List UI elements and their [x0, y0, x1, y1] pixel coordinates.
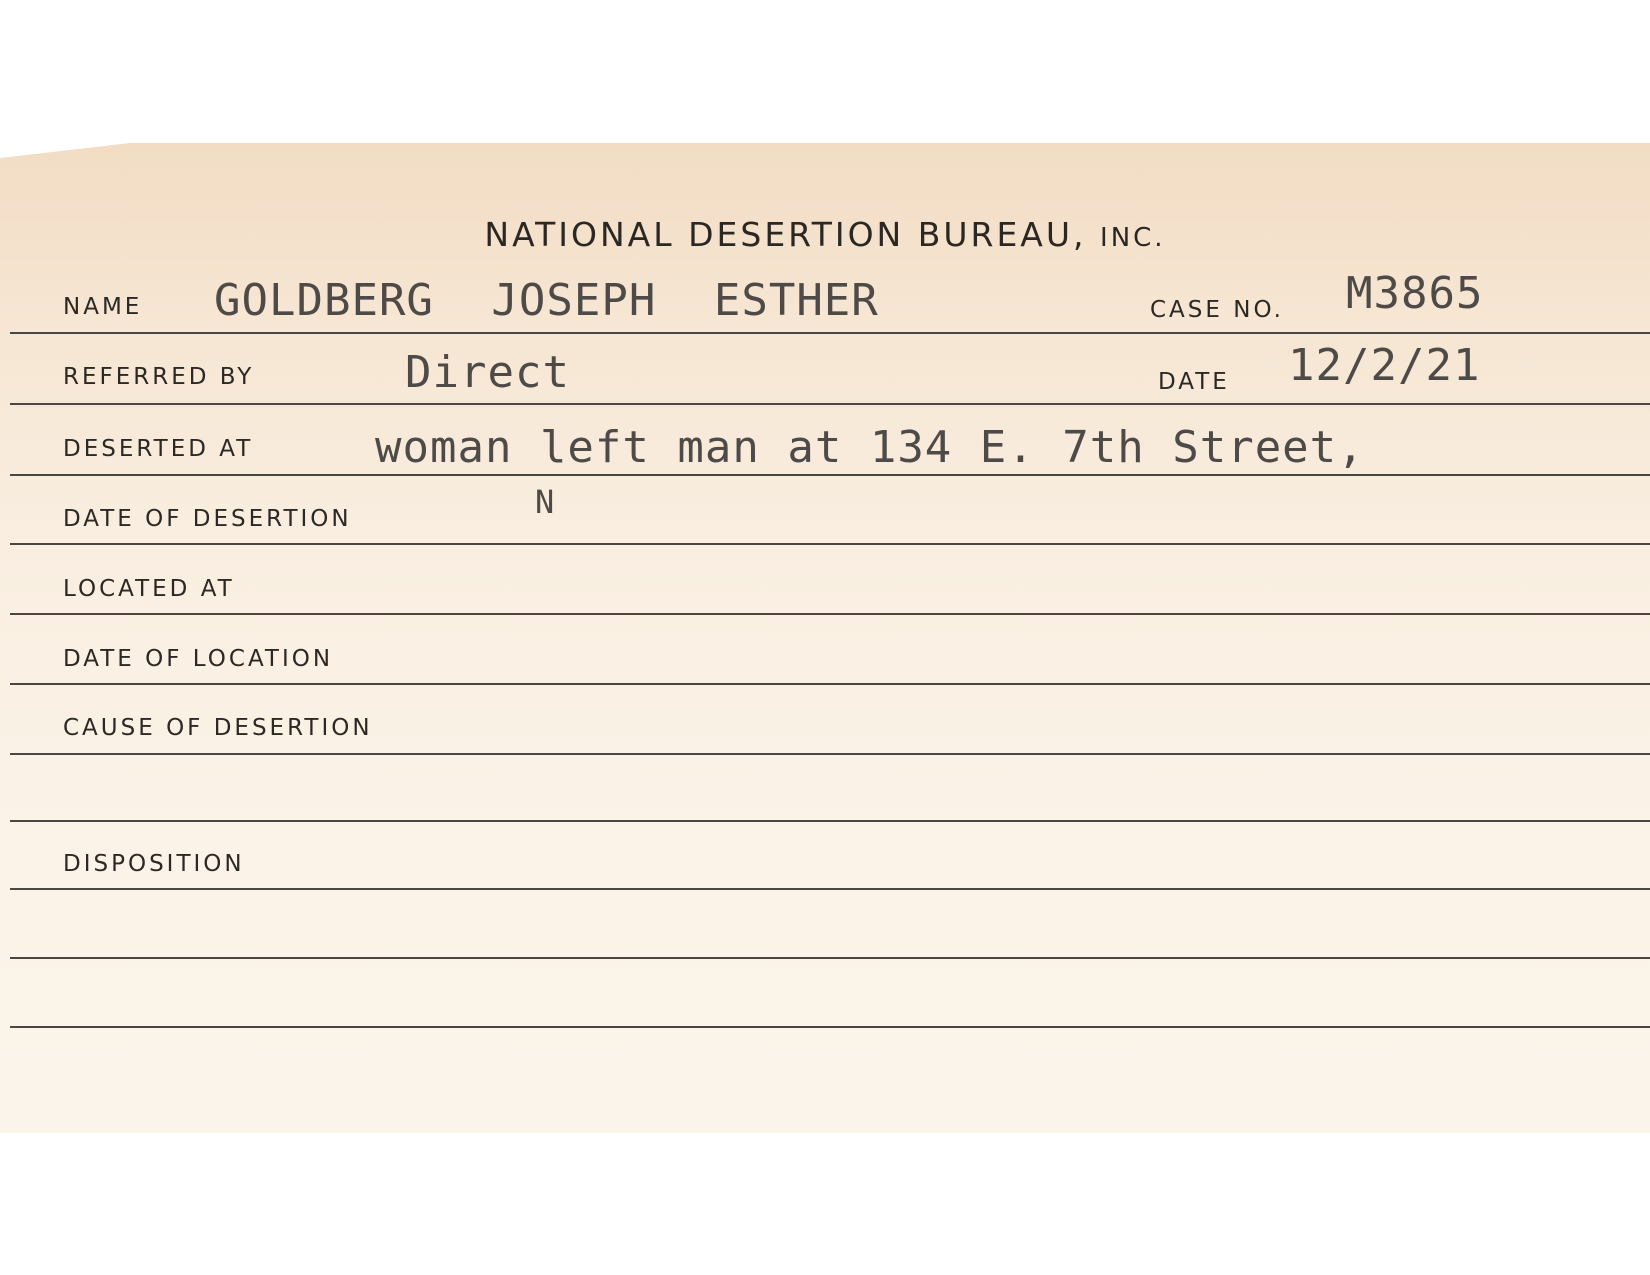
- rule-7: [10, 753, 1650, 755]
- rule-3: [10, 474, 1650, 476]
- located-at-label: LOCATED AT: [63, 576, 235, 602]
- case-no-label: CASE NO.: [1150, 297, 1284, 323]
- title-text: NATIONAL DESERTION BUREAU,: [484, 215, 1086, 254]
- date-of-desertion-label: DATE OF DESERTION: [63, 506, 352, 532]
- date-of-location-label: DATE OF LOCATION: [63, 646, 333, 672]
- rule-5: [10, 613, 1650, 615]
- case-no-value: M3865: [1346, 268, 1483, 319]
- referred-by-label: REFERRED BY: [63, 364, 254, 390]
- rule-9: [10, 888, 1650, 890]
- disposition-label: DISPOSITION: [63, 851, 245, 877]
- name-label: NAME: [63, 294, 142, 320]
- rule-11: [10, 1026, 1650, 1028]
- rule-4: [10, 543, 1650, 545]
- card-title: NATIONAL DESERTION BUREAU, INC.: [0, 215, 1650, 254]
- rule-1: [10, 332, 1650, 334]
- name-value: GOLDBERG JOSEPH ESTHER: [214, 275, 879, 326]
- rule-6: [10, 683, 1650, 685]
- date-value: 12/2/21: [1288, 340, 1480, 391]
- rule-8: [10, 820, 1650, 822]
- rule-10: [10, 957, 1650, 959]
- title-suffix: INC.: [1100, 223, 1166, 253]
- date-label: DATE: [1158, 369, 1230, 395]
- deserted-at-value: woman left man at 134 E. 7th Street,: [375, 422, 1365, 473]
- referred-by-value: Direct: [405, 347, 570, 398]
- date-of-desertion-value: N: [535, 483, 555, 521]
- rule-2: [10, 403, 1650, 405]
- deserted-at-label: DESERTED AT: [63, 436, 253, 462]
- cause-of-desertion-label: CAUSE OF DESERTION: [63, 715, 373, 741]
